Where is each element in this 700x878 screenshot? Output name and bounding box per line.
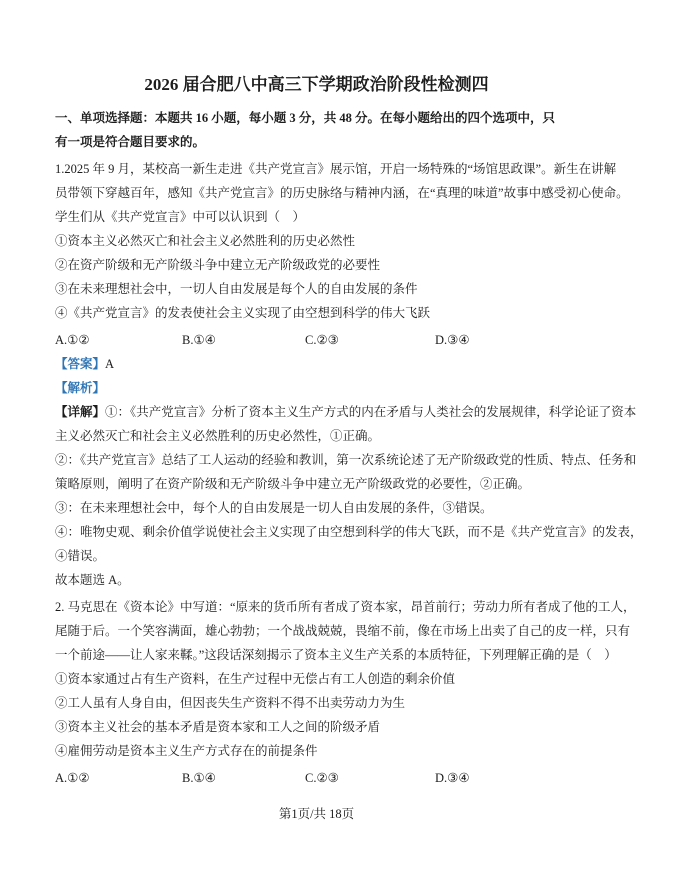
q1-answer-value: A bbox=[105, 357, 114, 371]
q1-statement-4: ④《共产党宣言》的发表使社会主义实现了由空想到科学的伟大飞跃 bbox=[55, 301, 700, 325]
q1-choice-a: A.①② bbox=[55, 328, 90, 352]
page-footer: 第1页/共 18页 bbox=[55, 802, 578, 826]
q2-choice-d: D.③④ bbox=[435, 766, 470, 790]
q1-choice-b: B.①④ bbox=[182, 328, 216, 352]
q1-answer-label: 【答案】 bbox=[55, 357, 105, 371]
q1-choice-c: C.②③ bbox=[305, 328, 339, 352]
q1-detail-line-7: ④错误。 bbox=[55, 544, 700, 568]
q1-statement-1: ①资本主义必然灭亡和社会主义必然胜利的历史必然性 bbox=[55, 229, 700, 253]
q1-answer-line: 【答案】A bbox=[55, 352, 700, 376]
q1-stem-line-1: 1.2025 年 9 月，某校高一新生走进《共产党宣言》展示馆，开启一场特殊的“… bbox=[55, 157, 700, 181]
q1-detail-label: 【详解】 bbox=[55, 405, 105, 419]
q1-detail-line-4: 策略原则，阐明了在资产阶级和无产阶级斗争中建立无产阶级政党的必要性，②正确。 bbox=[55, 472, 700, 496]
q2-statement-4: ④雇佣劳动是资本主义生产方式存在的前提条件 bbox=[55, 739, 700, 763]
q1-analysis-line: 【解析】 bbox=[55, 376, 700, 400]
q2-choice-b: B.①④ bbox=[182, 766, 216, 790]
q1-detail-line-2: 主义必然灭亡和社会主义必然胜利的历史必然性，①正确。 bbox=[55, 424, 700, 448]
q2-stem-line-1: 2. 马克思在《资本论》中写道：“原来的货币所有者成了资本家，昂首前行；劳动力所… bbox=[55, 595, 700, 619]
q1-stem-line-3: 学生们从《共产党宣言》中可以认识到（ ） bbox=[55, 205, 700, 229]
q1-detail-line-1: 【详解】①：《共产党宣言》分析了资本主义生产方式的内在矛盾与人类社会的发展规律，… bbox=[55, 400, 700, 424]
exam-page: 2026 届合肥八中高三下学期政治阶段性检测四 一、单项选择题：本题共 16 小… bbox=[0, 0, 700, 878]
q2-choice-c: C.②③ bbox=[305, 766, 339, 790]
q1-statement-3: ③在未来理想社会中，一切人自由发展是每个人的自由发展的条件 bbox=[55, 277, 700, 301]
page-title: 2026 届合肥八中高三下学期政治阶段性检测四 bbox=[55, 74, 578, 96]
q2-choices-row: A.①② B.①④ C.②③ D.③④ bbox=[55, 766, 700, 790]
q2-stem-line-3: 一个前途——让人家来鞣。”这段话深刻揭示了资本主义生产关系的本质特征，下列理解正… bbox=[55, 643, 700, 667]
q1-detail-line-3: ②：《共产党宣言》总结了工人运动的经验和教训，第一次系统论述了无产阶级政党的性质… bbox=[55, 448, 700, 472]
q2-statement-1: ①资本家通过占有生产资料，在生产过程中无偿占有工人创造的剩余价值 bbox=[55, 667, 700, 691]
q1-stem-line-2: 员带领下穿越百年，感知《共产党宣言》的历史脉络与精神内涵，在“真理的味道”故事中… bbox=[55, 181, 700, 205]
q1-analysis-label: 【解析】 bbox=[55, 381, 105, 395]
q1-conclusion: 故本题选 A。 bbox=[55, 568, 700, 592]
section-header-line-2: 有一项是符合题目要求的。 bbox=[55, 130, 700, 154]
q1-choice-d: D.③④ bbox=[435, 328, 470, 352]
q1-detail-text-1: ①：《共产党宣言》分析了资本主义生产方式的内在矛盾与人类社会的发展规律，科学论证… bbox=[105, 405, 636, 419]
section-header-line-1: 一、单项选择题：本题共 16 小题，每小题 3 分，共 48 分。在每小题给出的… bbox=[55, 106, 700, 130]
q2-choice-a: A.①② bbox=[55, 766, 90, 790]
q2-statement-3: ③资本主义社会的基本矛盾是资本家和工人之间的阶级矛盾 bbox=[55, 715, 700, 739]
q2-statement-2: ②工人虽有人身自由，但因丧失生产资料不得不出卖劳动力为生 bbox=[55, 691, 700, 715]
q2-stem-line-2: 尾随于后。一个笑容满面，雄心勃勃；一个战战兢兢，畏缩不前，像在市场上出卖了自己的… bbox=[55, 619, 700, 643]
q1-detail-line-5: ③：在未来理想社会中，每个人的自由发展是一切人自由发展的条件，③错误。 bbox=[55, 496, 700, 520]
q1-choices-row: A.①② B.①④ C.②③ D.③④ bbox=[55, 328, 700, 352]
q1-statement-2: ②在资产阶级和无产阶级斗争中建立无产阶级政党的必要性 bbox=[55, 253, 700, 277]
q1-detail-line-6: ④：唯物史观、剩余价值学说使社会主义实现了由空想到科学的伟大飞跃，而不是《共产党… bbox=[55, 520, 700, 544]
